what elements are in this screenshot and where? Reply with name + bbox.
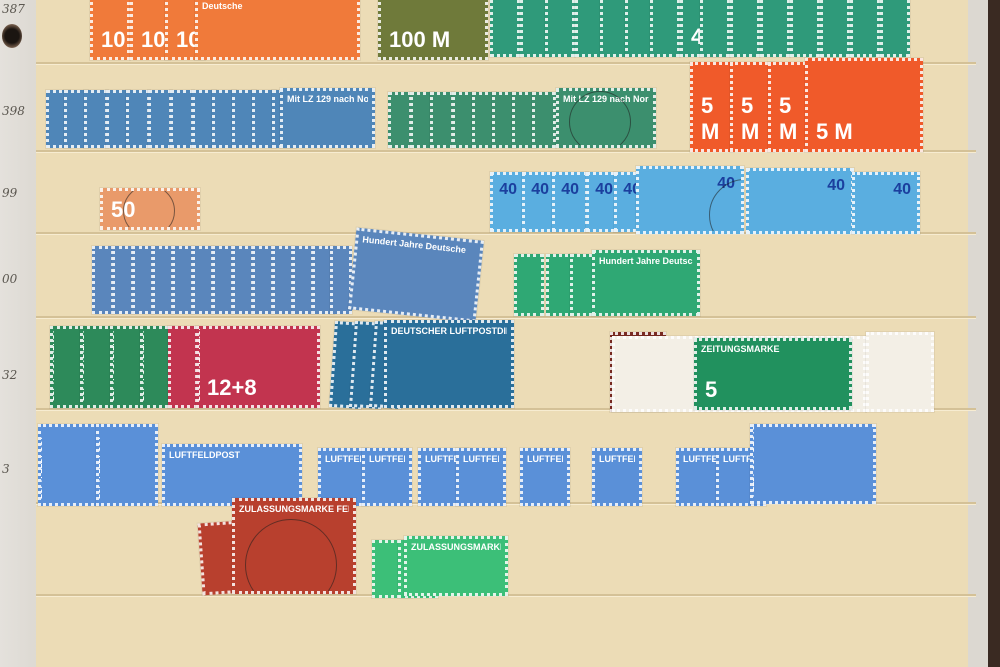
stamp-inscription: Hundert Jahre Deutsche bbox=[599, 256, 693, 266]
stamp: 40 bbox=[852, 172, 920, 234]
stamp bbox=[84, 90, 108, 148]
stamp: LUFTPOSTDIENST 1919-1944 bbox=[50, 326, 84, 408]
stamp-value: 5 M bbox=[816, 119, 853, 145]
stamp: FELDPOST DEUTSCHES REICH bbox=[750, 424, 876, 504]
stamp-inscription: LUFTPOSTDIENST 1919-1944 bbox=[110, 326, 116, 401]
stamp-value: 40 bbox=[827, 177, 845, 195]
stamp-inscription: LUFTPOSTDIENST 1919-1944 bbox=[50, 326, 56, 401]
stamp bbox=[170, 90, 194, 148]
stamp bbox=[650, 0, 680, 57]
stamp-inscription: FELDPOST DEUTSCHES REICH bbox=[750, 424, 756, 497]
stamp bbox=[148, 90, 172, 148]
stamp: 50 bbox=[100, 188, 200, 230]
stamp: ZULASSUNGSMARKE FELDPOST bbox=[404, 536, 508, 596]
stamp bbox=[880, 0, 910, 57]
stamp: Deutsche bbox=[195, 0, 360, 60]
stamp-value: 10 bbox=[101, 27, 125, 53]
stamp-inscription: LUFTFELDPOST bbox=[599, 454, 635, 464]
stamp-inscription: LUFTFELDPOST bbox=[683, 454, 719, 464]
stamp bbox=[112, 246, 134, 314]
stamp-value: 40 bbox=[531, 181, 549, 199]
margin-note: 398 bbox=[2, 104, 25, 118]
stamp: 100 M bbox=[378, 0, 488, 60]
stamp bbox=[866, 332, 934, 412]
stamp-value: 5 bbox=[705, 377, 717, 403]
stamp bbox=[168, 326, 198, 408]
stamp bbox=[212, 246, 234, 314]
stamp-value: 40 bbox=[499, 181, 517, 199]
stamp-value: 40 bbox=[595, 181, 613, 199]
stamp bbox=[92, 246, 114, 314]
stamp-inscription: LUFTFELDPOST bbox=[369, 454, 405, 464]
stamp: LUFTFELDPOST bbox=[96, 424, 158, 506]
stamp: 10 bbox=[90, 0, 130, 60]
stamp: Hundert Jahre Deutsche bbox=[348, 228, 484, 323]
stamp: ZEITUNGSMARKE5 bbox=[694, 338, 852, 410]
stamp-inscription: ZULASSUNGSMARKE FELDPOST bbox=[411, 542, 501, 552]
postmark bbox=[709, 179, 744, 234]
stamp-inscription: ZEITUNGSMARKE bbox=[701, 344, 845, 354]
stamp: 5 M bbox=[805, 58, 923, 152]
stamp-inscription: LUFTFELDPOST bbox=[463, 454, 499, 464]
margin-note: 99 bbox=[2, 186, 17, 200]
stamp-inscription: LUFTFELDPOST bbox=[325, 454, 361, 464]
postmark bbox=[245, 519, 337, 594]
stamp-inscription: LUFTPOSTDIENST 1919-1944 bbox=[80, 326, 86, 401]
stamp-inscription: DEUTSCHER LUFTPOSTDIENST 1919-1944 bbox=[391, 326, 507, 336]
stamp bbox=[514, 254, 544, 316]
stamp-inscription: LUFTPOSTDIENST 1919-1944 bbox=[140, 326, 146, 401]
stamp: ZULASSUNGSMARKE FELDPOST bbox=[232, 498, 356, 594]
stamp: LUFTFELDPOST bbox=[456, 448, 506, 506]
postmark bbox=[569, 91, 631, 148]
stamp bbox=[252, 246, 274, 314]
stamp-value: 12+8 bbox=[207, 375, 257, 401]
album-binder bbox=[988, 0, 1000, 667]
margin-note: 32 bbox=[2, 368, 17, 382]
stamp bbox=[272, 246, 294, 314]
stamp bbox=[132, 246, 154, 314]
stamp: LUFTFELDPOST bbox=[592, 448, 642, 506]
stamp: DEUTSCHER LUFTPOSTDIENST 1919-1944 bbox=[384, 320, 514, 408]
stamp-inscription: LUFTFELDPOST bbox=[169, 450, 295, 460]
stamp: LUFTFELDPOST bbox=[362, 448, 412, 506]
stamp bbox=[192, 246, 214, 314]
stamp bbox=[388, 92, 412, 148]
stamp-album-photo: 387 398 99 00 32 3 101010Deutsche100 M40… bbox=[0, 0, 1000, 667]
stamp-value: 5 M bbox=[701, 93, 731, 145]
stamp: 40 bbox=[746, 168, 854, 234]
stamp bbox=[730, 0, 760, 57]
stamp-value: 40 bbox=[561, 181, 579, 199]
stamp-inscription: DEUTSCHES REICH 12+8 bbox=[196, 326, 202, 401]
stamp bbox=[152, 246, 174, 314]
stamp-inscription: Hundert Jahre Deutsche bbox=[362, 234, 476, 256]
margin-note: 00 bbox=[2, 272, 17, 286]
stamp-inscription: LUFTFELDPOST bbox=[96, 436, 102, 499]
stamp bbox=[126, 90, 150, 148]
margin-note: 3 bbox=[2, 462, 10, 476]
stamp-inscription: LUFTFELDPOST bbox=[38, 436, 44, 499]
strip-line bbox=[36, 316, 976, 318]
stamp: LUFTFELDPOST bbox=[38, 424, 100, 506]
stamp: 40 bbox=[636, 166, 744, 234]
stamp bbox=[790, 0, 820, 57]
stamp-inscription: ZULASSUNGSMARKE FELDPOST bbox=[239, 504, 349, 514]
stamp: 40 bbox=[490, 172, 526, 232]
stamp: 40 bbox=[552, 172, 588, 232]
stamp-inscription: Deutsche bbox=[202, 1, 353, 11]
margin-note: 387 bbox=[2, 2, 25, 16]
stamp bbox=[172, 246, 194, 314]
stamp-value: 100 M bbox=[389, 27, 450, 53]
stamp: LUFTFELDPOST bbox=[162, 444, 302, 506]
stamp-value: 5 M bbox=[741, 93, 771, 145]
stamp bbox=[700, 0, 730, 57]
cloth-margin-right bbox=[968, 0, 990, 667]
stamp: LUFTFELDPOST bbox=[520, 448, 570, 506]
stamp-inscription: Mit LZ 129 nach Nordamerika bbox=[287, 94, 368, 104]
stamp: LUFTPOSTDIENST 1919-1944 bbox=[110, 326, 144, 408]
stamp: 5 M bbox=[690, 62, 734, 152]
stamp bbox=[820, 0, 850, 57]
stamp bbox=[545, 0, 575, 57]
stamp bbox=[490, 0, 520, 57]
stamp-value: 10 bbox=[141, 27, 165, 53]
stamp: 10 bbox=[130, 0, 170, 60]
stamp-value: 40 bbox=[893, 181, 911, 199]
stamp bbox=[292, 246, 314, 314]
stamp: Hundert Jahre Deutsche bbox=[592, 250, 700, 316]
stamp: Mit LZ 129 nach Nordamerika bbox=[280, 88, 375, 148]
binder-hole bbox=[2, 24, 22, 48]
postmark bbox=[123, 188, 175, 230]
stamp bbox=[430, 92, 454, 148]
stamp: Mit LZ 129 nach Nordamerika bbox=[556, 88, 656, 148]
stamp bbox=[850, 0, 880, 57]
stamp bbox=[532, 92, 556, 148]
stamp: DEUTSCHES REICH 12+812+8 bbox=[196, 326, 320, 408]
stamp: LUFTPOSTDIENST 1919-1944 bbox=[80, 326, 114, 408]
stamp-inscription: LUFTFELDPOST bbox=[527, 454, 563, 464]
stamp bbox=[232, 246, 254, 314]
stamp bbox=[760, 0, 790, 57]
